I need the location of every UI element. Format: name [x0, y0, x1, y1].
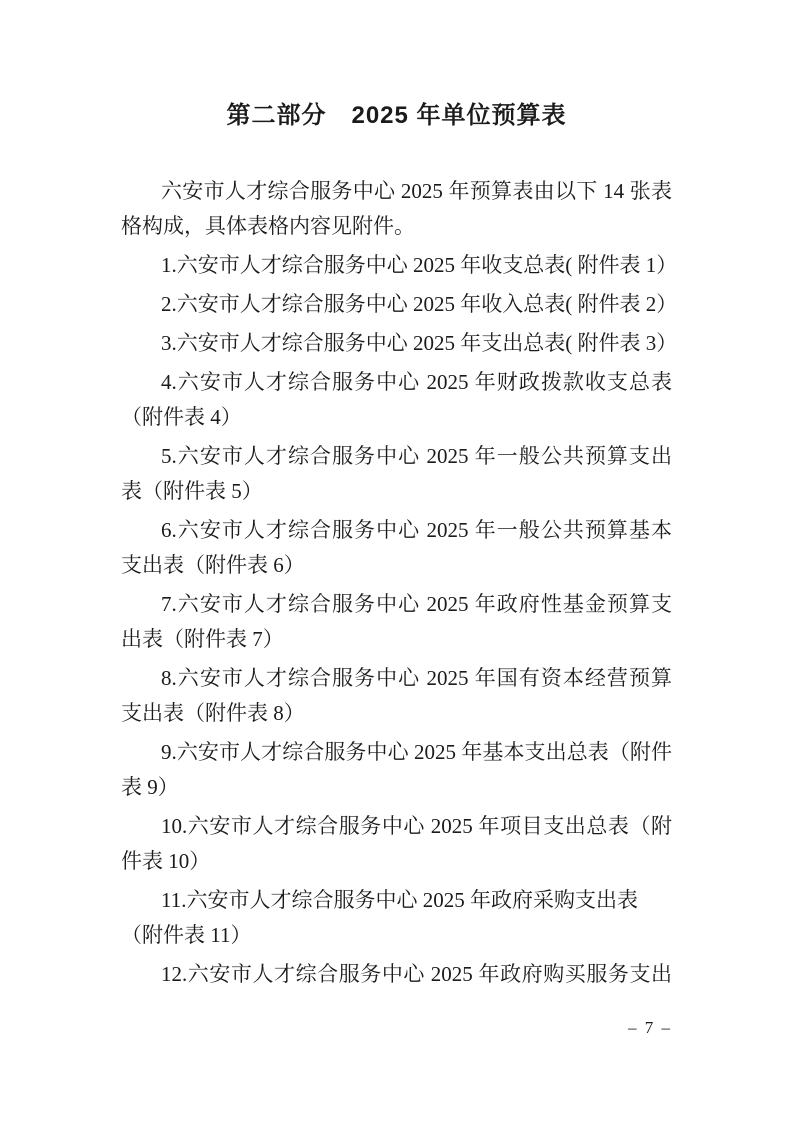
paragraph-item-10: 10.六安市人才综合服务中心 2025 年项目支出总表（附件表 10）	[121, 809, 672, 879]
text-line: 8.六安市人才综合服务中心 2025 年国有资本经营预算	[121, 661, 672, 696]
paragraph-item-2: 2.六安市人才综合服务中心 2025 年收入总表( 附件表 2）	[121, 287, 672, 322]
paragraph-item-5: 5.六安市人才综合服务中心 2025 年一般公共预算支出表（附件表 5）	[121, 439, 672, 509]
text-line: 2.六安市人才综合服务中心 2025 年收入总表( 附件表 2）	[121, 287, 672, 322]
text-line: 1.六安市人才综合服务中心 2025 年收支总表( 附件表 1）	[121, 248, 672, 283]
paragraph-item-4: 4.六安市人才综合服务中心 2025 年财政拨款收支总表（附件表 4）	[121, 365, 672, 435]
text-line: （附件表 4）	[121, 400, 672, 435]
page-footer: – 7 –	[628, 1018, 672, 1038]
paragraph-item-12: 12.六安市人才综合服务中心 2025 年政府购买服务支出	[121, 957, 672, 992]
text-line: 10.六安市人才综合服务中心 2025 年项目支出总表（附	[121, 809, 672, 844]
text-line: 支出表（附件表 8）	[121, 696, 672, 731]
paragraph-item-8: 8.六安市人才综合服务中心 2025 年国有资本经营预算支出表（附件表 8）	[121, 661, 672, 731]
text-line: 件表 10）	[121, 844, 672, 879]
section-title: 第二部分 2025 年单位预算表	[0, 0, 793, 132]
text-line: 11.六安市人才综合服务中心 2025 年政府采购支出表	[121, 883, 672, 918]
paragraph-item-9: 9.六安市人才综合服务中心 2025 年基本支出总表（附件表 9）	[121, 735, 672, 805]
paragraph-item-1: 1.六安市人才综合服务中心 2025 年收支总表( 附件表 1）	[121, 248, 672, 283]
text-line: 支出表（附件表 6）	[121, 548, 672, 583]
text-line: 6.六安市人才综合服务中心 2025 年一般公共预算基本	[121, 513, 672, 548]
text-line: 格构成，具体表格内容见附件。	[121, 209, 672, 244]
paragraph-item-11: 11.六安市人才综合服务中心 2025 年政府采购支出表（附件表 11）	[121, 883, 672, 953]
text-line: 表 9）	[121, 770, 672, 805]
paragraph-item-7: 7.六安市人才综合服务中心 2025 年政府性基金预算支出表（附件表 7）	[121, 587, 672, 657]
text-line: （附件表 11）	[121, 918, 672, 953]
text-line: 表（附件表 5）	[121, 474, 672, 509]
paragraph-intro: 六安市人才综合服务中心 2025 年预算表由以下 14 张表格构成，具体表格内容…	[121, 174, 672, 244]
text-line: 4.六安市人才综合服务中心 2025 年财政拨款收支总表	[121, 365, 672, 400]
document-page: 第二部分 2025 年单位预算表 六安市人才综合服务中心 2025 年预算表由以…	[0, 0, 793, 1122]
text-line: 六安市人才综合服务中心 2025 年预算表由以下 14 张表	[121, 174, 672, 209]
page-number: – 7 –	[628, 1018, 672, 1037]
paragraph-item-3: 3.六安市人才综合服务中心 2025 年支出总表( 附件表 3）	[121, 326, 672, 361]
text-line: 12.六安市人才综合服务中心 2025 年政府购买服务支出	[121, 957, 672, 992]
paragraph-item-6: 6.六安市人才综合服务中心 2025 年一般公共预算基本支出表（附件表 6）	[121, 513, 672, 583]
text-line: 3.六安市人才综合服务中心 2025 年支出总表( 附件表 3）	[121, 326, 672, 361]
text-line: 7.六安市人才综合服务中心 2025 年政府性基金预算支	[121, 587, 672, 622]
text-line: 5.六安市人才综合服务中心 2025 年一般公共预算支出	[121, 439, 672, 474]
text-line: 出表（附件表 7）	[121, 622, 672, 657]
document-body: 六安市人才综合服务中心 2025 年预算表由以下 14 张表格构成，具体表格内容…	[121, 174, 672, 992]
text-line: 9.六安市人才综合服务中心 2025 年基本支出总表（附件	[121, 735, 672, 770]
